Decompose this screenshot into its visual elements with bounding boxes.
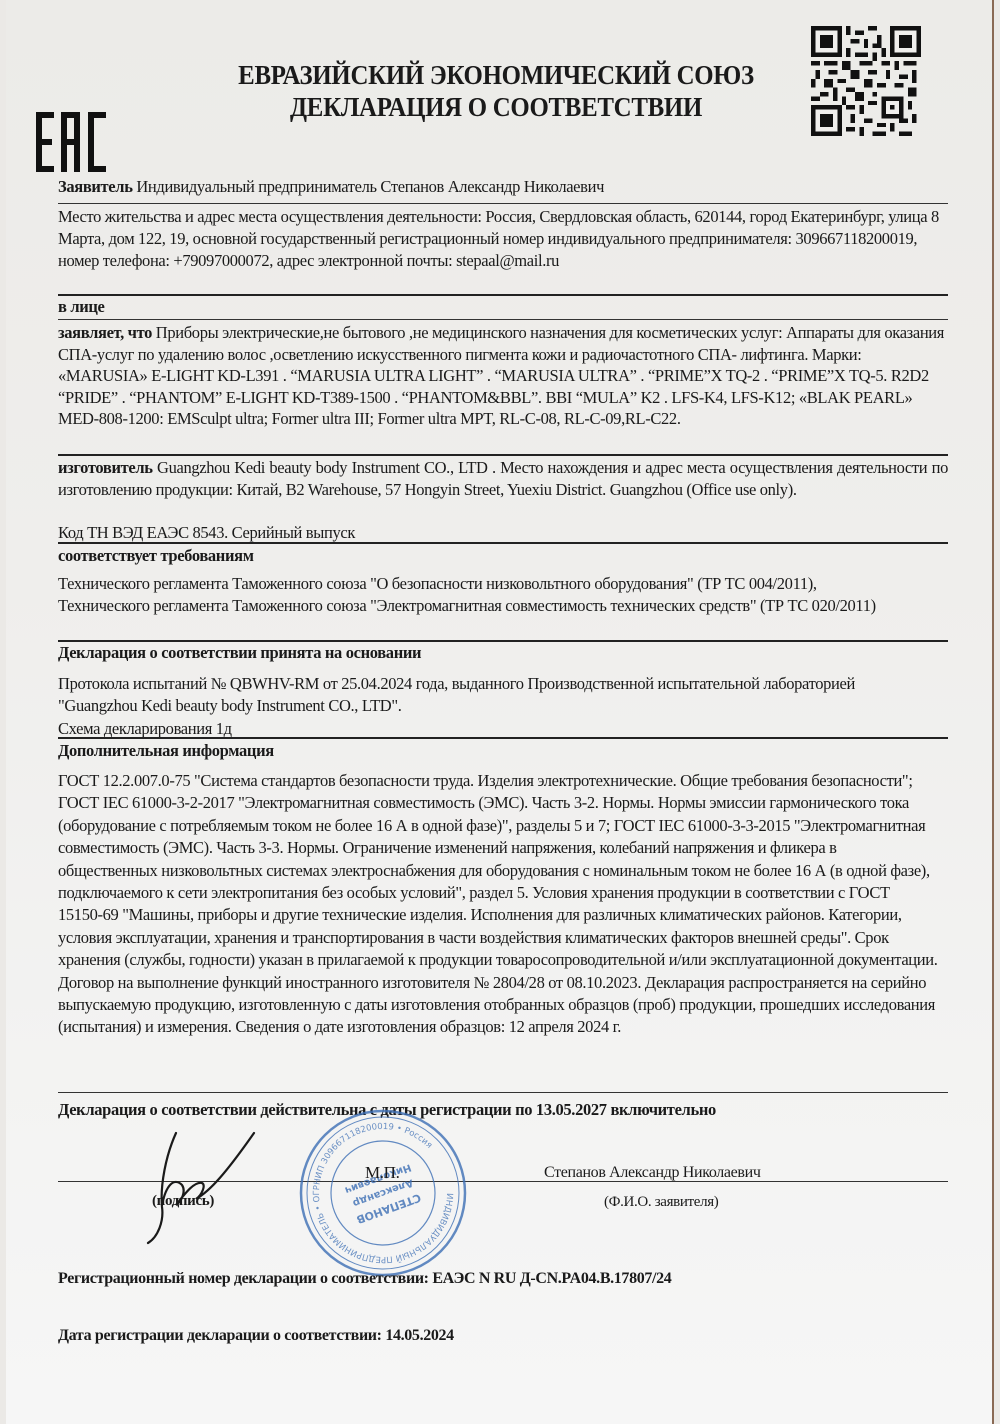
title-line-1: ЕВРАЗИЙСКИЙ ЭКОНОМИЧЕСКИЙ СОЮЗ: [229, 60, 763, 91]
title-line-2: ДЕКЛАРАЦИЯ О СООТВЕТСТВИИ: [229, 92, 763, 123]
registration-date-value: 14.05.2024: [385, 1327, 454, 1344]
registration-number-row: Регистрационный номер декларации о соотв…: [58, 1268, 948, 1289]
applicant-label: Заявитель: [58, 177, 133, 196]
registration-number-label: Регистрационный номер декларации о соотв…: [58, 1270, 429, 1287]
applicant-row: Заявитель Индивидуальный предприниматель…: [58, 176, 948, 197]
registration-date-row: Дата регистрации декларации о соответств…: [58, 1325, 948, 1346]
applicant-full-name: Степанов Александр Николаевич: [544, 1162, 884, 1183]
divider: [58, 319, 948, 320]
declares-value: Приборы электрические,не бытового ,не ме…: [58, 323, 944, 428]
stamp-icon: ИНДИВИДУАЛЬНЫЙ ПРЕДПРИНИМАТЕЛЬ • ОГРНИП …: [298, 1108, 468, 1278]
eac-logo-icon: [36, 112, 122, 172]
additional-value: ГОСТ 12.2.007.0-75 "Система стандартов б…: [58, 770, 938, 1039]
qr-code-icon: [811, 26, 921, 136]
manufacturer-section: изготовитель Guangzhou Kedi beauty body …: [58, 457, 948, 501]
declares-section: заявляет, что Приборы электрические,не б…: [58, 322, 948, 430]
divider: [58, 542, 948, 544]
additional-label: Дополнительная информация: [58, 740, 948, 761]
divider: [58, 454, 948, 456]
page-edge: [992, 0, 994, 1424]
basis-label: Декларация о соответствии принята на осн…: [58, 642, 948, 663]
registration-number-value: ЕАЭС N RU Д-CN.PA04.B.17807/24: [432, 1270, 671, 1287]
in-person-label: в лице: [58, 296, 948, 317]
applicant-value: Индивидуальный предприниматель Степанов …: [136, 177, 604, 196]
requirements-value: Технического регламента Таможенного союз…: [58, 573, 908, 617]
handwritten-signature-icon: [136, 1125, 256, 1245]
requirements-label: соответствует требованиям: [58, 545, 948, 566]
applicant-address: Место жительства и адрес места осуществл…: [58, 206, 948, 272]
manufacturer-value: Guangzhou Kedi beauty body Instrument CO…: [58, 458, 948, 499]
divider: [58, 203, 948, 204]
signature-caption: (подпись): [152, 1191, 272, 1212]
declares-label: заявляет, что: [58, 323, 152, 342]
basis-value: Протокола испытаний № QBWHV-RM от 25.04.…: [58, 673, 908, 717]
stamp-caption: М.П.: [365, 1162, 425, 1183]
declaration-page: ЕВРАЗИЙСКИЙ ЭКОНОМИЧЕСКИЙ СОЮЗ ДЕКЛАРАЦИ…: [6, 0, 994, 1424]
divider: [58, 737, 948, 739]
manufacturer-label: изготовитель: [58, 458, 153, 477]
divider: [58, 1092, 948, 1093]
validity-text: Декларация о соответствии действительна …: [58, 1099, 948, 1120]
name-caption: (Ф.И.О. заявителя): [604, 1192, 844, 1213]
tn-ved-code: Код ТН ВЭД ЕАЭС 8543. Серийный выпуск: [58, 522, 948, 543]
registration-date-label: Дата регистрации декларации о соответств…: [58, 1327, 382, 1344]
declaration-scheme: Схема декларирования 1д: [58, 718, 948, 739]
